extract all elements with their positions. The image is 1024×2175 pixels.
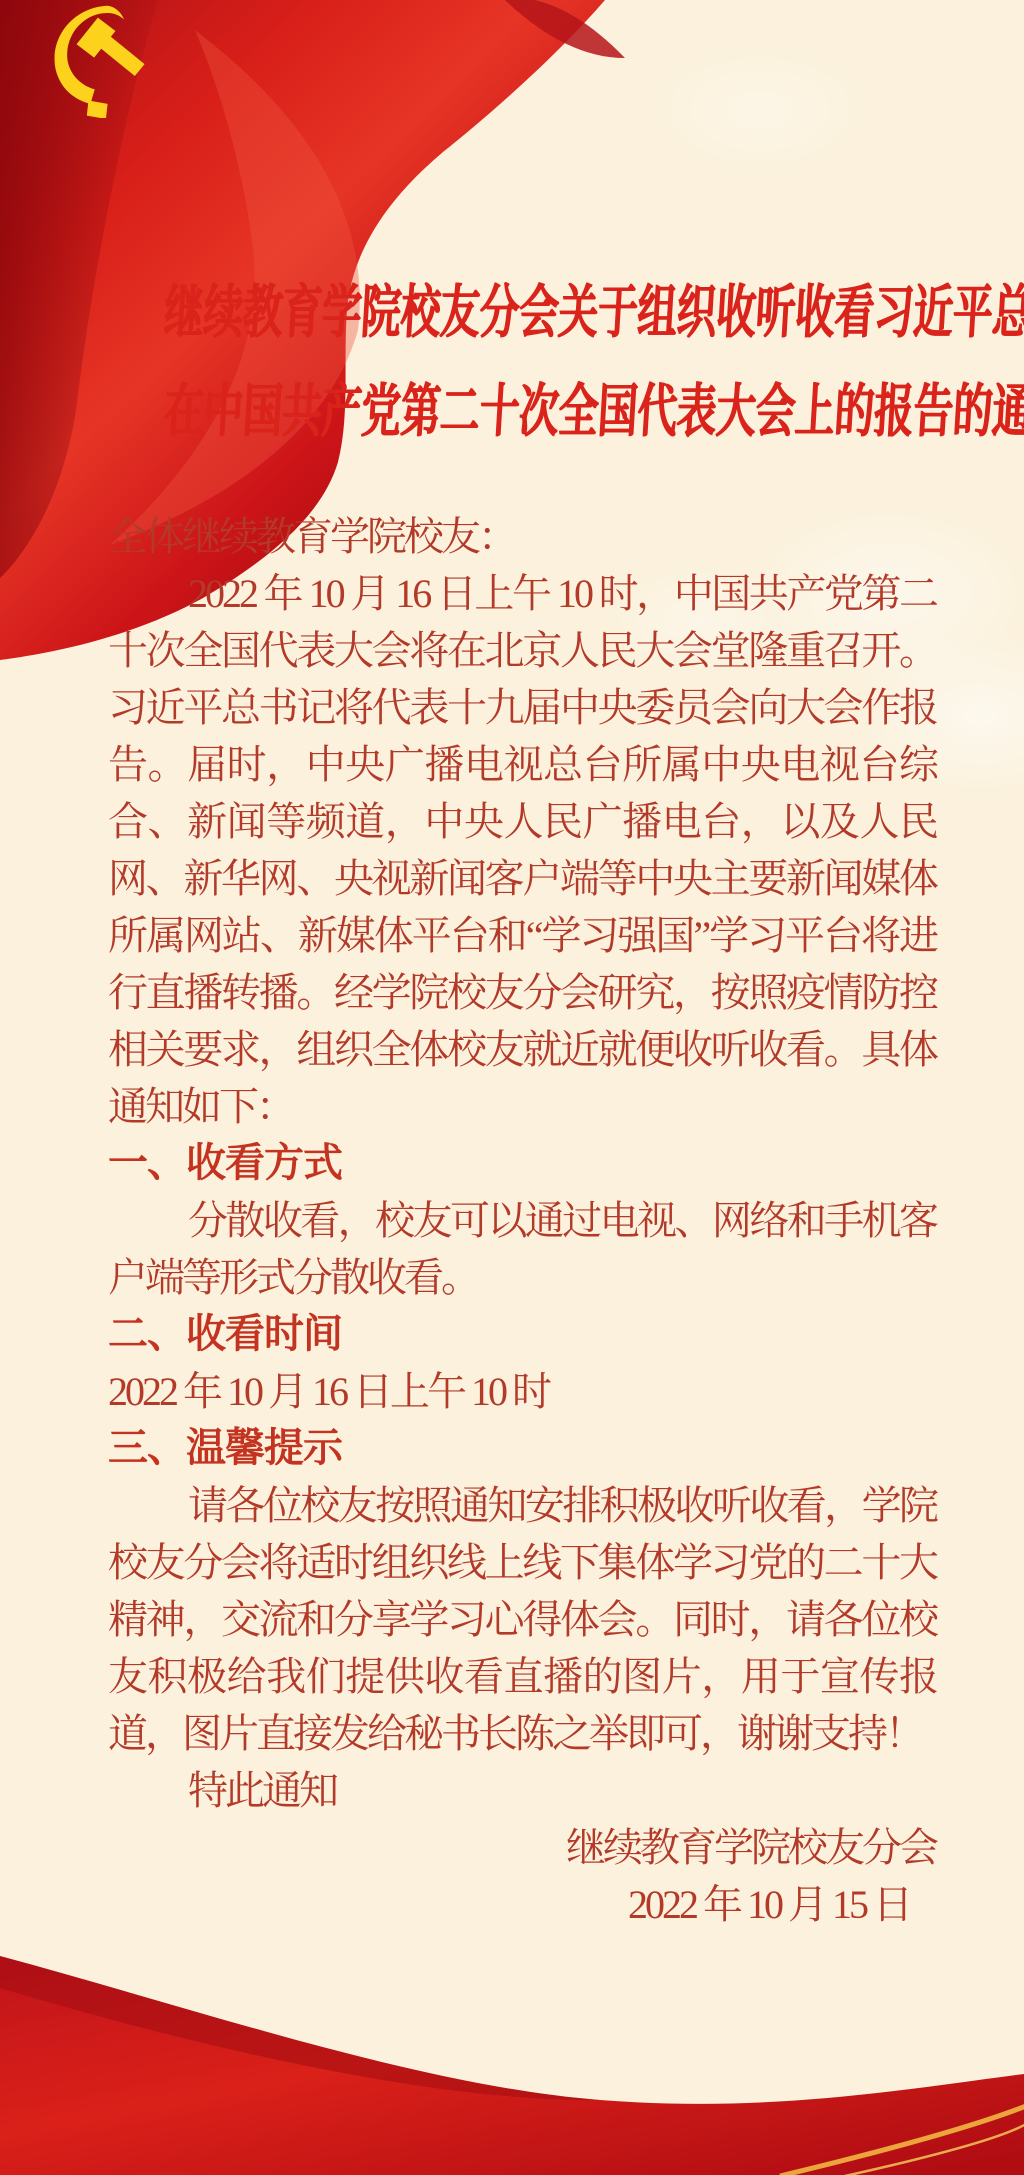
notice-title: 继续教育学院校友分会关于组织收听收看习近平总书记 在中国共产党第二十次全国代表大…	[0, 263, 1024, 461]
section-heading-2: 二、收看时间	[108, 1306, 936, 1363]
salutation: 全体继续教育学院校友：	[108, 508, 936, 565]
bottom-wave-decoration	[0, 1950, 1024, 2175]
notice-title-line1: 继续教育学院校友分会关于组织收听收看习近平总书记	[161, 263, 863, 362]
signature: 继续教育学院校友分会	[108, 1819, 936, 1876]
date: 2022 年 10 月 15 日	[108, 1876, 936, 1933]
notice-body: 全体继续教育学院校友： 2022 年 10 月 16 日上午 10 时，中国共产…	[108, 508, 936, 1933]
closing-phrase: 特此通知	[108, 1762, 936, 1819]
section-heading-3: 三、温馨提示	[108, 1420, 936, 1477]
wave-main-shape	[0, 1956, 1024, 2175]
notice-title-line2: 在中国共产党第二十次全国代表大会上的报告的通知	[161, 362, 863, 461]
section-heading-1: 一、收看方式	[108, 1135, 936, 1192]
section-body-2: 2022 年 10 月 16 日上午 10 时	[108, 1363, 936, 1420]
hammer-and-sickle-icon	[44, 0, 164, 118]
paragraph-intro: 2022 年 10 月 16 日上午 10 时，中国共产党第二十次全国代表大会将…	[108, 565, 936, 1135]
section-body-3: 请各位校友按照通知安排积极收听收看，学院校友分会将适时组织线上线下集体学习党的二…	[108, 1477, 936, 1762]
section-body-1: 分散收看，校友可以通过电视、网络和手机客户端等形式分散收看。	[108, 1192, 936, 1306]
notice-poster: 继续教育学院校友分会关于组织收听收看习近平总书记 在中国共产党第二十次全国代表大…	[0, 0, 1024, 2175]
